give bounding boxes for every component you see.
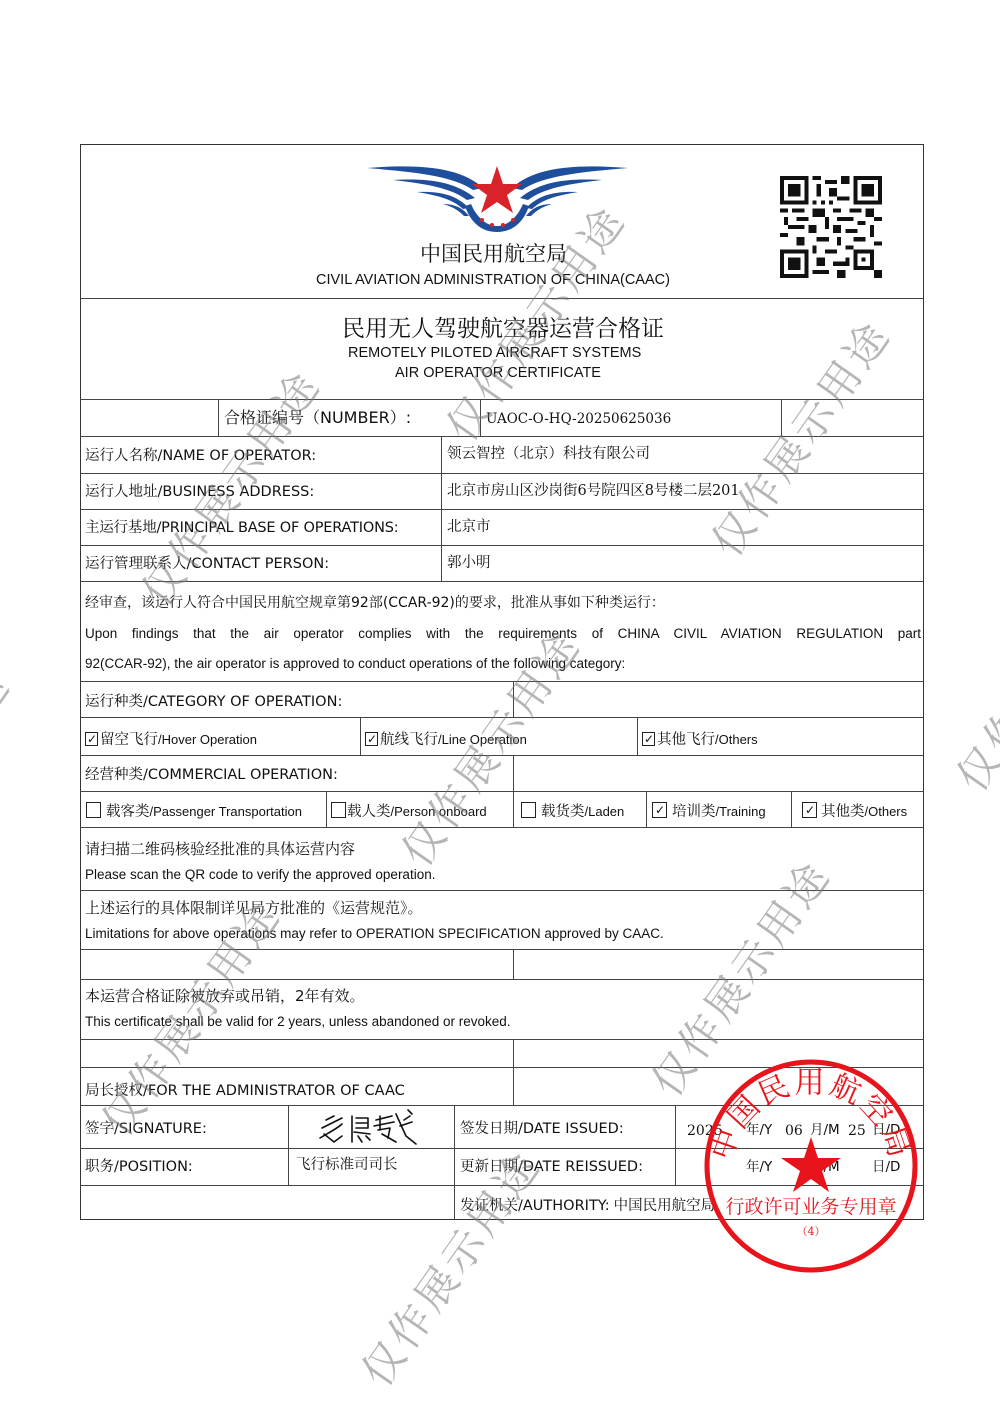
- operator-name-label: 运行人名称/NAME OF OPERATOR:: [85, 447, 316, 465]
- divider: [513, 681, 514, 717]
- divider: [80, 755, 924, 756]
- date-reissued-label: 更新日期/DATE REISSUED:: [460, 1158, 643, 1176]
- date-reissued-day-unit: 日/D: [872, 1158, 900, 1176]
- commercial-option-laden[interactable]: 载货类/Laden: [521, 802, 624, 821]
- divider: [441, 436, 442, 581]
- caac-logo-icon: [365, 160, 630, 232]
- checkbox[interactable]: ✓: [365, 732, 378, 746]
- signature-label: 签字/SIGNATURE:: [85, 1120, 207, 1138]
- date-issued-month-unit: 月/M: [810, 1121, 840, 1139]
- checkmark-icon: ✓: [87, 733, 97, 745]
- checkbox[interactable]: ✓: [642, 732, 655, 746]
- approval-statement-en-1: Upon findings that the air operator comp…: [85, 625, 921, 643]
- limitations-en: Limitations for above operations may ref…: [85, 925, 664, 943]
- validity-en: This certificate shall be valid for 2 ye…: [85, 1013, 510, 1031]
- certificate-number-label: 合格证编号（NUMBER）:: [224, 409, 411, 427]
- divider: [80, 717, 924, 718]
- principal-base-label: 主运行基地/PRINCIPAL BASE OF OPERATIONS:: [85, 519, 398, 537]
- checkbox[interactable]: [521, 802, 536, 818]
- commercial-option-person[interactable]: 载人类/Person onboard: [331, 802, 487, 821]
- category-option-line[interactable]: ✓航线飞行/Line Operation: [365, 731, 527, 749]
- divider: [218, 399, 219, 436]
- commercial-option-training[interactable]: ✓培训类/Training: [652, 802, 766, 821]
- divider: [80, 890, 924, 891]
- divider: [80, 1148, 924, 1149]
- divider: [791, 791, 792, 827]
- divider: [80, 545, 924, 546]
- contact-person-value: 郭小明: [447, 554, 491, 572]
- category-label: 运行种类/CATEGORY OF OPERATION:: [85, 693, 342, 711]
- divider: [513, 755, 514, 791]
- divider: [513, 949, 514, 979]
- certificate-frame: [80, 144, 924, 1220]
- divider: [80, 581, 924, 582]
- checkbox[interactable]: ✓: [652, 802, 667, 818]
- date-reissued-year-unit: 年/Y: [746, 1158, 772, 1176]
- certificate-title-en-2: AIR OPERATOR CERTIFICATE: [395, 364, 601, 382]
- watermark: 仅作展示用途: [940, 542, 1000, 803]
- divider: [781, 399, 782, 436]
- checkmark-icon: ✓: [644, 733, 654, 745]
- qr-note-cn: 请扫描二维码核验经批准的具体运营内容: [85, 840, 355, 858]
- divider: [80, 1067, 924, 1068]
- divider: [80, 399, 924, 400]
- approval-statement-cn: 经审查，该运行人符合中国民用航空规章第92部(CCAR-92)的要求，批准从事如…: [85, 594, 665, 612]
- commercial-option-others[interactable]: ✓其他类/Others: [802, 802, 907, 821]
- watermark: 仅作展示用途: [0, 657, 23, 918]
- checkmark-icon: ✓: [655, 804, 665, 816]
- issuing-authority: 发证机关/AUTHORITY: 中国民用航空局: [460, 1197, 715, 1215]
- category-option-others[interactable]: ✓其他飞行/Others: [642, 731, 758, 749]
- issuing-authority-label: 发证机关/AUTHORITY:: [460, 1198, 610, 1214]
- qr-note-en: Please scan the QR code to verify the ap…: [85, 866, 435, 884]
- commercial-label: 经营种类/COMMERCIAL OPERATION:: [85, 766, 338, 784]
- divider: [80, 949, 924, 950]
- position-label: 职务/POSITION:: [85, 1158, 193, 1176]
- divider: [80, 436, 924, 437]
- divider: [80, 1185, 924, 1186]
- contact-person-label: 运行管理联系人/CONTACT PERSON:: [85, 555, 329, 573]
- authority-name-en: CIVIL AVIATION ADMINISTRATION OF CHINA(C…: [316, 271, 670, 289]
- certificate-title-en-1: REMOTELY PILOTED AIRCRAFT SYSTEMS: [348, 344, 641, 362]
- position-value: 飞行标准司司长: [296, 1156, 398, 1174]
- date-issued-month: 06: [785, 1122, 803, 1140]
- validity-cn: 本运营合格证除被放弃或吊销，2年有效。: [85, 987, 365, 1005]
- divider: [80, 298, 924, 299]
- certificate-title-cn: 民用无人驾驶航空器运营合格证: [342, 315, 664, 343]
- business-address-value: 北京市房山区沙岗街6号院四区8号楼二层201: [447, 482, 740, 500]
- divider: [80, 979, 924, 980]
- approval-statement-en-2: 92(CCAR-92), the air operator is approve…: [85, 655, 625, 673]
- certificate-number-value: UAOC-O-HQ-20250625036: [486, 410, 671, 428]
- checkbox[interactable]: ✓: [85, 732, 98, 746]
- divider: [480, 399, 481, 436]
- divider: [80, 509, 924, 510]
- seal-serial: （4）: [797, 1225, 826, 1238]
- date-issued-year: 2025: [687, 1122, 723, 1140]
- limitations-cn: 上述运行的具体限制详见局方批准的《运营规范》。: [85, 899, 423, 917]
- date-issued-day-unit: 日/D: [872, 1121, 900, 1139]
- divider: [80, 473, 924, 474]
- divider: [675, 1105, 676, 1185]
- issuing-authority-value: 中国民用航空局: [614, 1198, 716, 1214]
- date-issued-label: 签发日期/DATE ISSUED:: [460, 1120, 624, 1138]
- qr-code-icon: [779, 176, 883, 278]
- administrator-label: 局长授权/FOR THE ADMINISTRATOR OF CAAC: [85, 1082, 405, 1100]
- divider: [454, 1105, 455, 1220]
- divider: [646, 791, 647, 827]
- checkmark-icon: ✓: [805, 804, 815, 816]
- divider: [80, 681, 924, 682]
- checkbox[interactable]: [331, 802, 346, 818]
- checkmark-icon: ✓: [367, 733, 377, 745]
- divider: [513, 1039, 514, 1105]
- divider: [360, 717, 361, 755]
- operator-name-value: 领云智控（北京）科技有限公司: [447, 445, 650, 463]
- divider: [80, 1105, 924, 1106]
- authority-name-cn: 中国民用航空局: [420, 241, 567, 267]
- divider: [637, 717, 638, 755]
- date-issued-year-unit: 年/Y: [746, 1121, 772, 1139]
- business-address-label: 运行人地址/BUSINESS ADDRESS:: [85, 483, 314, 501]
- divider: [80, 827, 924, 828]
- date-issued-day: 25: [848, 1122, 866, 1140]
- divider: [80, 1039, 924, 1040]
- commercial-option-passenger[interactable]: 载客类/Passenger Transportation: [86, 802, 302, 821]
- signature-image: [312, 1106, 432, 1146]
- checkbox[interactable]: ✓: [802, 802, 817, 818]
- divider: [288, 1105, 289, 1185]
- divider: [513, 791, 514, 827]
- checkbox[interactable]: [86, 802, 101, 818]
- category-option-hover[interactable]: ✓留空飞行/Hover Operation: [85, 731, 257, 749]
- divider: [326, 791, 327, 827]
- divider: [80, 791, 924, 792]
- date-reissued-month-unit: 月/M: [810, 1158, 840, 1176]
- principal-base-value: 北京市: [447, 518, 491, 536]
